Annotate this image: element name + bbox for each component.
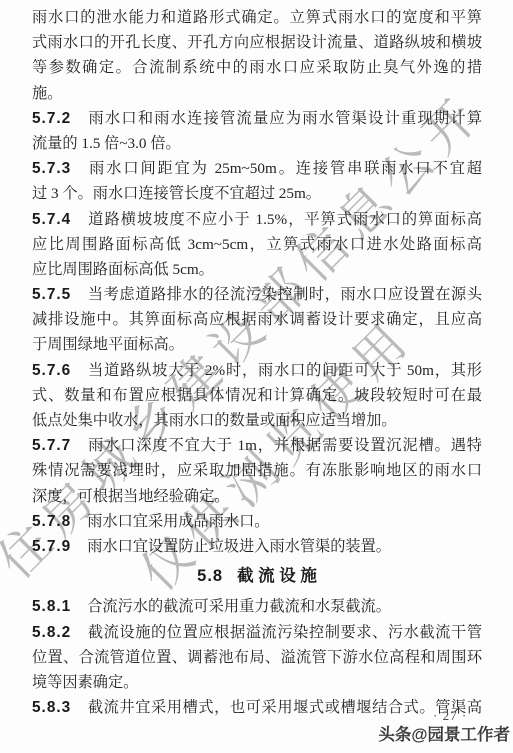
text-line: 应比周围路面标高低 3cm~5cm，立箅式雨水口进水处路面标高 xyxy=(32,232,482,257)
clause-text: 道路横坡坡度不应小于 1.5%，平箅式雨水口的箅面标高 xyxy=(87,211,482,228)
text-line: 减排设施中。其箅面标高应根据雨水调蓄设计要求确定，且应高 xyxy=(32,307,482,332)
text-line: 雨水口的泄水能力和道路形式确定。立箅式雨水口的宽度和平箅 xyxy=(32,5,482,30)
text-line: 流量的 1.5 倍~3.0 倍。 xyxy=(32,131,482,156)
text-line: 5.8.1合流污水的截流可采用重力截流和水泵截流。 xyxy=(32,594,482,619)
clause-text: 雨水口间距宜为 25m~50m。连接管串联雨水口不宜超 xyxy=(87,160,482,177)
clause-text: 雨水口深度不宜大于 1m，并根据需要设置沉泥槽。遇特 xyxy=(87,437,482,454)
clause-text: 截流设施的位置应根据溢流污染控制要求、污水截流干管 xyxy=(87,624,482,641)
text-line: 低点处集中收水，其雨水口的数量或面积应适当增加。 xyxy=(32,408,482,433)
clause-number: 5.7.4 xyxy=(32,211,71,228)
clause-text: 雨水口宜采用成品雨水口。 xyxy=(87,513,269,530)
text-line: 应比周围路面标高低 5cm。 xyxy=(32,257,482,282)
text-line: 位置、合流管道位置、调蓄池布局、溢流管下游水位高程和周围环 xyxy=(32,645,482,670)
clause-number: 5.7.9 xyxy=(32,538,71,555)
text-line: 式雨水口的开孔长度、开孔方向应根据设计流量、道路纵坡和横坡 xyxy=(32,30,482,55)
text-line: 于周围绿地平面标高。 xyxy=(32,332,482,357)
text-line: 5.7.5当考虑道路排水的径流污染控制时，雨水口应设置在源头 xyxy=(32,282,482,307)
text-line: 5.7.3雨水口间距宜为 25m~50m。连接管串联雨水口不宜超 xyxy=(32,156,482,181)
text-line: 过 3 个。雨水口连接管长度不宜超过 25m。 xyxy=(32,181,482,206)
text-line: 深度，可根据当地经验确定。 xyxy=(32,484,482,509)
clause-number: 5.8.2 xyxy=(32,624,71,641)
clause-number: 5.7.2 xyxy=(32,110,71,127)
text-line: 5.8.2截流设施的位置应根据溢流污染控制要求、污水截流干管 xyxy=(32,620,482,645)
clause-text: 雨水口和雨水连接管流量应为雨水管渠设计重现期计算 xyxy=(87,110,482,127)
clause-number: 5.8.1 xyxy=(32,598,71,615)
toutiao-watermark: 头条@园景工作者 xyxy=(378,721,510,745)
clause-number: 5.7.5 xyxy=(32,286,71,303)
text-line: 5.7.7雨水口深度不宜大于 1m，并根据需要设置沉泥槽。遇特 xyxy=(32,433,482,458)
text-line: 5.8.3截流井宜采用槽式，也可采用堰式或槽堰结合式。管渠高 xyxy=(32,695,482,720)
section-heading-title: 截 流 设 施 xyxy=(237,567,317,585)
clause-number: 5.7.3 xyxy=(32,160,71,177)
section-heading: 5.8截 流 设 施 xyxy=(32,564,482,589)
clause-number: 5.7.6 xyxy=(32,362,71,379)
text-line: 5.7.4道路横坡坡度不应小于 1.5%，平箅式雨水口的箅面标高 xyxy=(32,207,482,232)
text-line: 5.7.9雨水口宜设置防止垃圾进入雨水管渠的装置。 xyxy=(32,534,482,559)
clause-text: 截流井宜采用槽式，也可采用堰式或槽堰结合式。管渠高 xyxy=(87,699,482,716)
text-line: 5.7.2雨水口和雨水连接管流量应为雨水管渠设计重现期计算 xyxy=(32,106,482,131)
clause-number: 5.8.3 xyxy=(32,699,71,716)
clause-text: 合流污水的截流可采用重力截流和水泵截流。 xyxy=(87,598,391,615)
clause-text: 当考虑道路排水的径流污染控制时，雨水口应设置在源头 xyxy=(87,286,482,303)
text-line: 境等因素确定。 xyxy=(32,670,482,695)
clause-number: 5.7.7 xyxy=(32,437,71,454)
text-line: 殊情况需要浅埋时，应采取加固措施。有冻胀影响地区的雨水口 xyxy=(32,458,482,483)
clause-text: 雨水口宜设置防止垃圾进入雨水管渠的装置。 xyxy=(87,538,391,555)
scanned-document-page: 住房城乡建设部信息公开 仅供浏览使用 雨水口的泄水能力和道路形式确定。立箅式雨水… xyxy=(0,0,513,753)
text-line: 5.7.8雨水口宜采用成品雨水口。 xyxy=(32,509,482,534)
text-line: 施。 xyxy=(32,81,482,106)
text-line: 等参数确定。合流制系统中的雨水口应采取防止臭气外逸的措 xyxy=(32,55,482,80)
document-body: 雨水口的泄水能力和道路形式确定。立箅式雨水口的宽度和平箅式雨水口的开孔长度、开孔… xyxy=(32,5,482,720)
text-line: 5.7.6当道路纵坡大于 2%时，雨水口的间距可大于 50m，其形 xyxy=(32,358,482,383)
text-line: 式、数量和布置应根据具体情况和计算确定。坡段较短时可在最 xyxy=(32,383,482,408)
clause-text: 当道路纵坡大于 2%时，雨水口的间距可大于 50m，其形 xyxy=(87,362,482,379)
clause-number: 5.7.8 xyxy=(32,513,71,530)
section-heading-number: 5.8 xyxy=(197,567,223,585)
